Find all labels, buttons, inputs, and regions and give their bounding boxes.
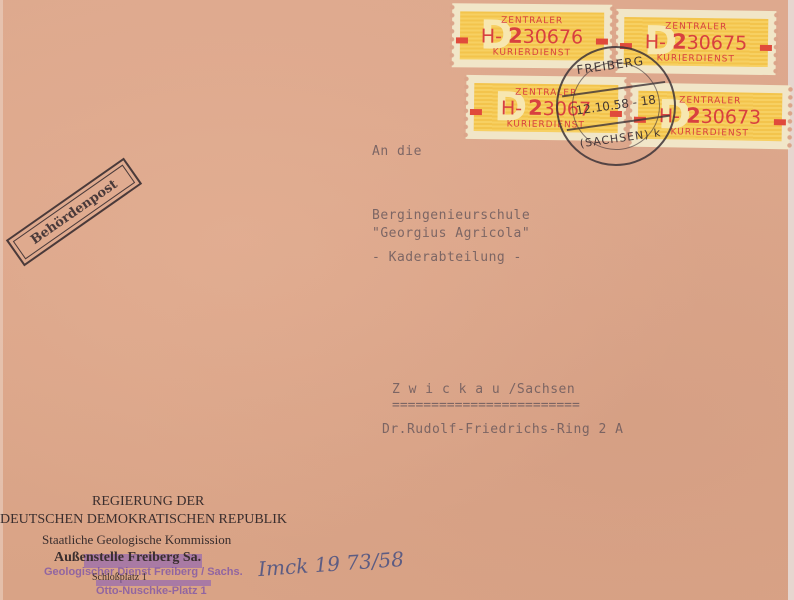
recipient-city: Z w i c k a u /Sachsen xyxy=(392,382,575,397)
stamp-number: H- 230675 xyxy=(624,31,768,54)
sender-line-government: REGIERUNG DER xyxy=(92,494,204,510)
recipient-city-underline: ======================== xyxy=(392,398,580,413)
stamp-number: H- 230676 xyxy=(460,25,604,47)
envelope-left-edge xyxy=(0,0,3,600)
recipient-institution-name: "Georgius Agricola" xyxy=(372,226,530,241)
behoerdenpost-handstamp: Behördenpost xyxy=(6,158,142,267)
violet-overstamp-address: Otto-Nuschke-Platz 1 xyxy=(96,585,207,597)
recipient-department: - Kaderabteilung - xyxy=(372,250,522,265)
handwritten-reference: Imck 19 73/58 xyxy=(257,547,404,581)
handstamp-label: Behördenpost xyxy=(28,177,120,248)
recipient-institution: Bergingenieurschule xyxy=(372,208,530,223)
sender-line-country: DEUTSCHEN DEMOKRATISCHEN REPUBLIK xyxy=(0,512,287,528)
recipient-street: Dr.Rudolf-Friedrichs-Ring 2 A xyxy=(382,422,623,437)
sender-line-commission: Staatliche Geologische Kommission xyxy=(42,532,231,548)
sender-line-branch: Außenstelle Freiberg Sa. xyxy=(54,550,201,566)
recipient-salutation: An die xyxy=(372,144,422,159)
